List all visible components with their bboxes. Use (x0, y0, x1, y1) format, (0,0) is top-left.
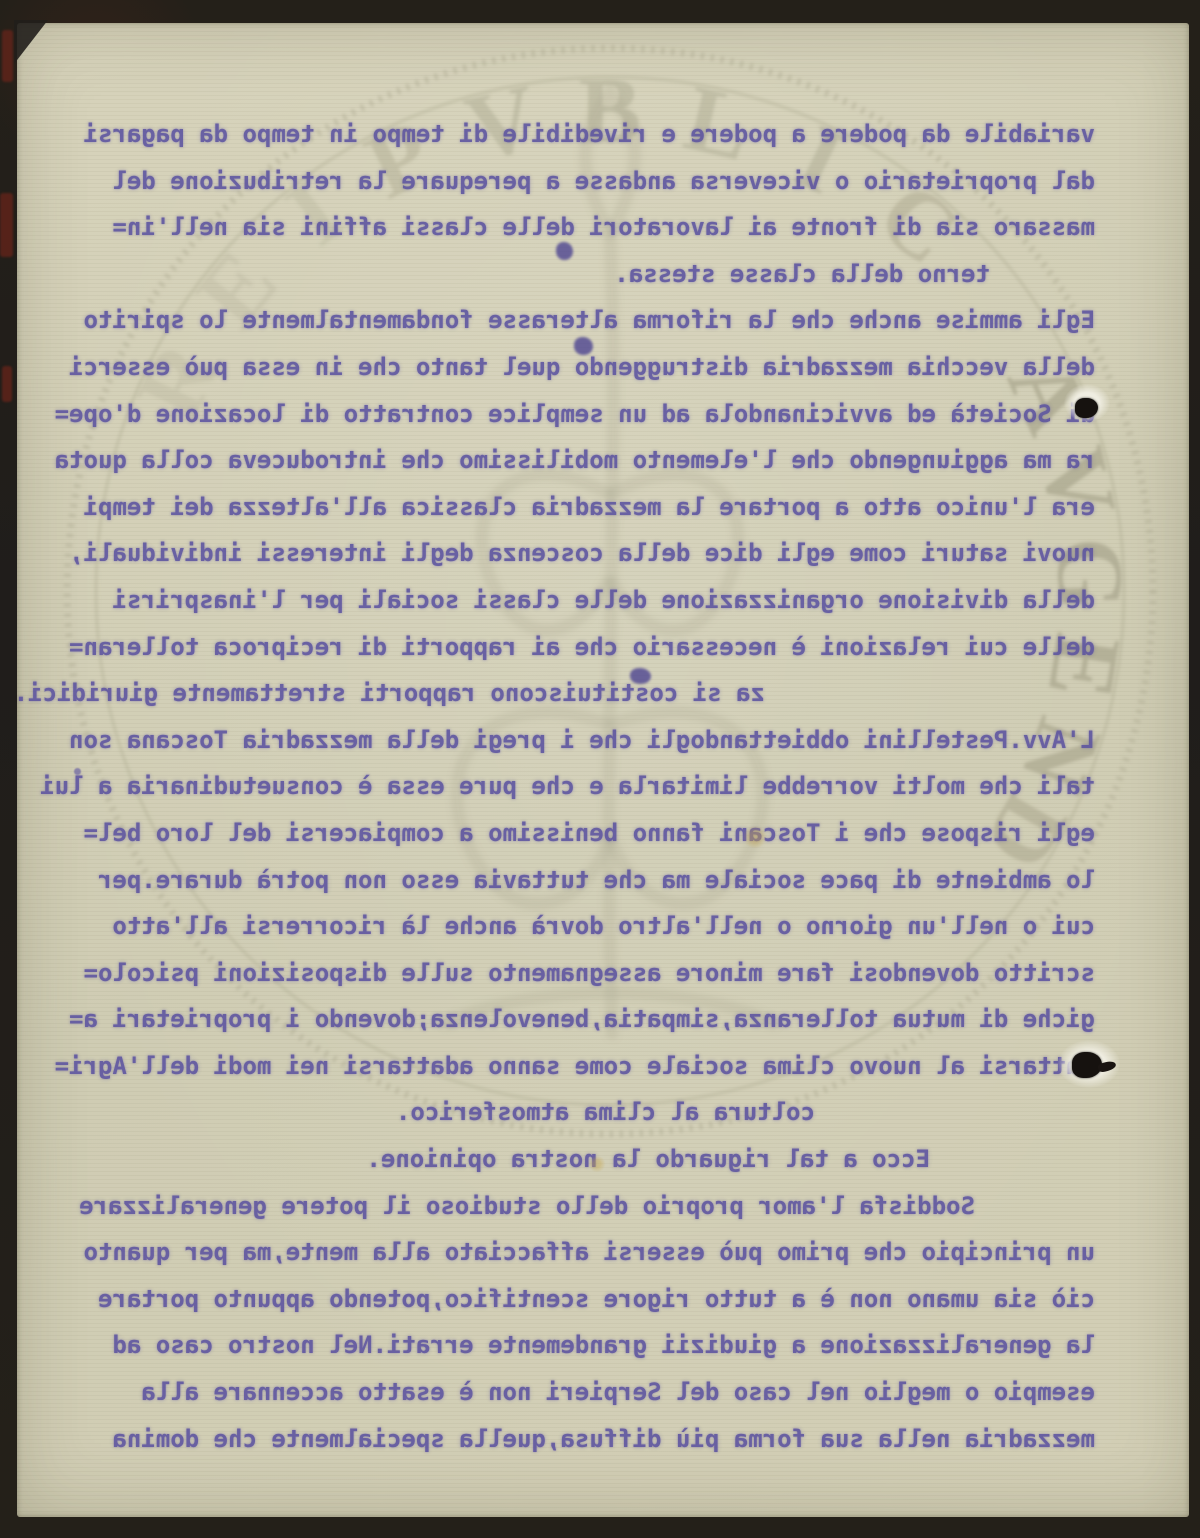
text-line: dattarsi al nuovo clima sociale come san… (0, 1043, 1172, 1090)
paper-stain (588, 1156, 606, 1172)
text-line: cui o nell'un giorno o nell'altro dovrà … (0, 903, 1172, 950)
text-line: di Società ed avvicinandola ad un sempli… (0, 391, 1172, 438)
text-line: lo ambiente di pace sociale ma che tutta… (0, 857, 1172, 904)
red-edge-mark (2, 30, 13, 82)
text-line: variabile da podere a podere e rivedibil… (0, 111, 1172, 158)
torn-corner (14, 20, 48, 64)
text-line: L'Avv.Pestellini obbiettandogli che i pr… (0, 717, 1172, 764)
text-line: egli rispose che i Toscani fanno benissi… (0, 810, 1172, 857)
text-line: mezzadria nella sua forma più diffusa,qu… (0, 1416, 1172, 1463)
text-line: ciò sia umano non è a tutto rigore scent… (0, 1276, 1172, 1323)
text-line: Ecco a tal riguardo la nostra opinione. (0, 1136, 1172, 1183)
text-line: era l'unico atto a portare la mezzadria … (0, 484, 1172, 531)
text-line: esempio o meglio nel caso del Serpieri n… (0, 1369, 1172, 1416)
typewritten-text-block: variabile da podere a podere e rivedibil… (0, 111, 1172, 1462)
text-line: scritto dovendosi fare minore assegnamen… (0, 950, 1172, 997)
text-line: nuovi saturi come egli dice della coscen… (0, 530, 1172, 577)
text-line: coltura al clima atmosferico. (0, 1089, 1172, 1136)
text-line: ra ma aggiungendo che l'elemento mobilis… (0, 437, 1172, 484)
text-line: la generalizzazione a giudizii grandemen… (0, 1322, 1172, 1369)
text-line: delle cui relazioni è necessario che ai … (0, 624, 1172, 671)
red-edge-mark (0, 193, 13, 257)
text-line: giche di mutua tolleranza,simpatia,benev… (0, 996, 1172, 1043)
text-line: della divisione organizzazione delle cla… (0, 577, 1172, 624)
text-line: Soddisfa l'amor proprio dello studioso i… (0, 1183, 1172, 1230)
ink-blot (556, 242, 573, 260)
ink-blot (574, 337, 593, 355)
text-line: dal proprietario o viceversa andasse a p… (0, 158, 1172, 205)
red-edge-mark (2, 366, 12, 402)
scan-background: REIPVBLICAVGEND variabile da podere a po… (0, 0, 1200, 1538)
paper-stain (742, 826, 768, 848)
text-line: massaro sia di fronte ai lavoratori dell… (0, 204, 1172, 251)
text-line: terno della classe stessa. (0, 251, 1172, 298)
ink-blot (630, 668, 651, 684)
text-line: za si costituiscono rapporti strettament… (0, 670, 1172, 717)
text-line: tali che molti vorrebbe limitarla e che … (0, 763, 1172, 810)
ink-speck (74, 768, 81, 775)
text-line: un principio che primo può essersi affac… (0, 1229, 1172, 1276)
